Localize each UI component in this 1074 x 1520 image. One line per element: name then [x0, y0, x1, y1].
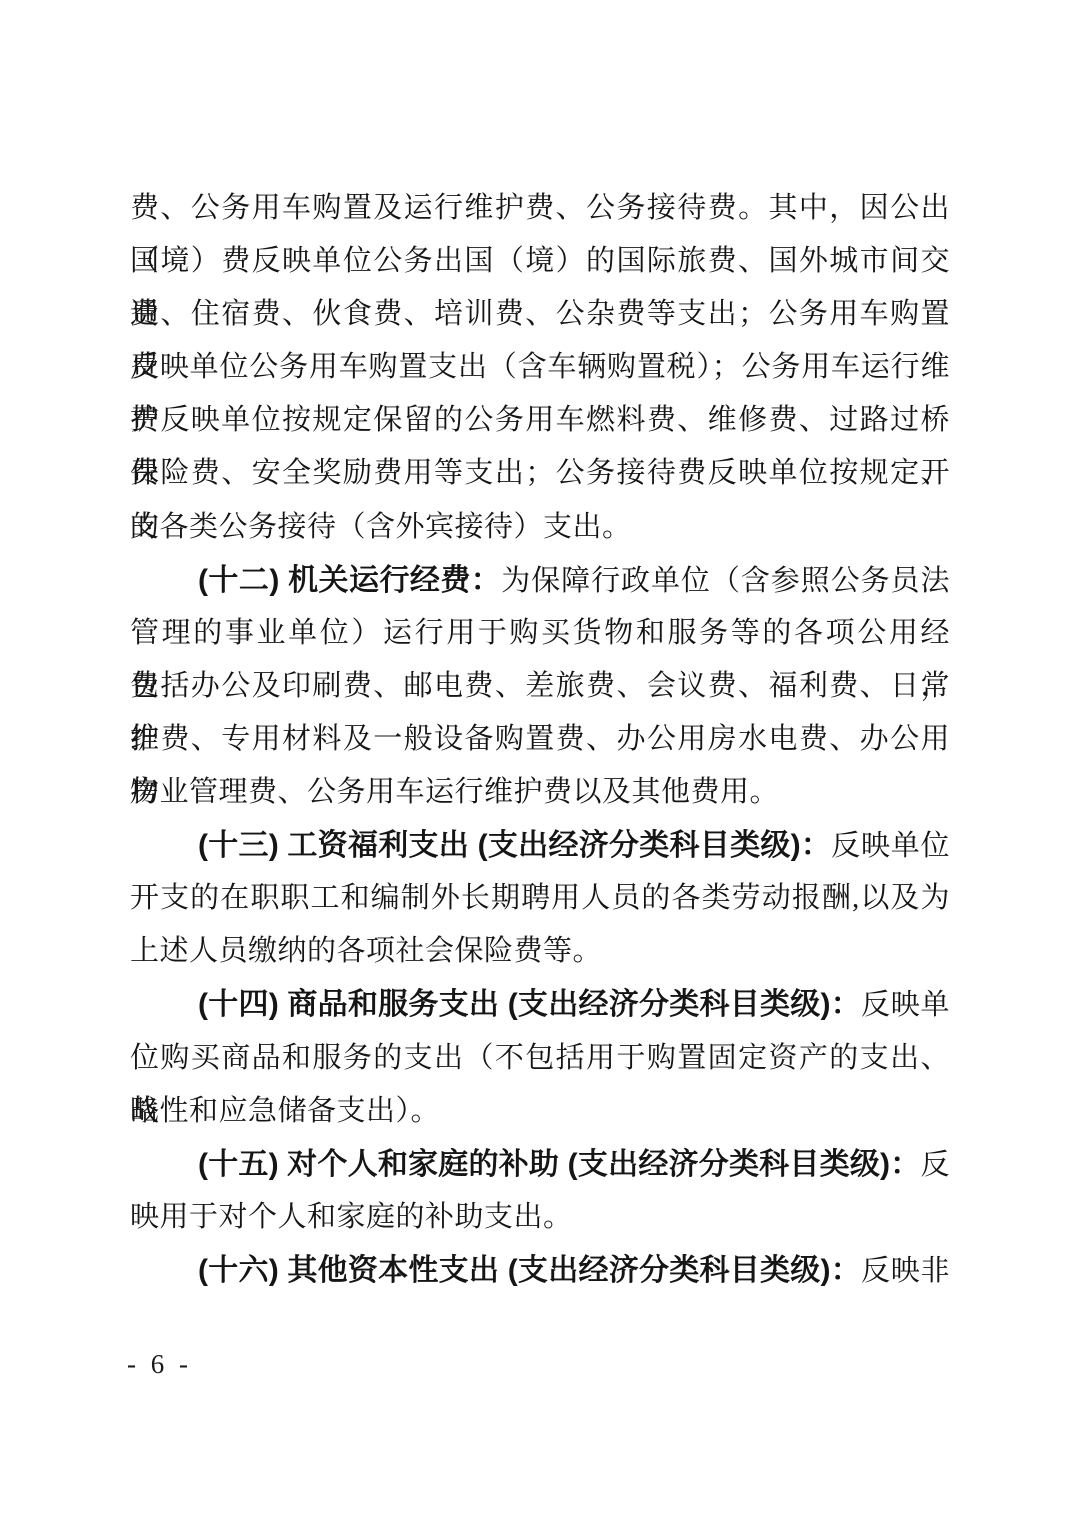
line-text: 为保障行政单位（含参照公务员法 [501, 565, 950, 597]
text-line: 映用于对个人和家庭的补助支出。 [130, 1191, 950, 1244]
text-line: 反映单位公务用车购置支出（含车辆购置税）；公务用车运行维护 [130, 341, 950, 394]
text-line: 的各类公务接待（含外宾接待）支出。 [130, 501, 950, 554]
section-paragraph-line: (十六) 其他资本性支出 (支出经济分类科目类级)：反映非 [130, 1244, 950, 1297]
text-line: 位购买商品和服务的支出（不包括用于购置固定资产的支出、战 [130, 1032, 950, 1085]
line-text: 反 [920, 1149, 950, 1181]
line-text: 映用于对个人和家庭的补助支出。 [130, 1201, 573, 1233]
text-line: 上述人员缴纳的各项社会保险费等。 [130, 925, 950, 978]
text-line: 略性和应急储备支出）。 [130, 1085, 950, 1138]
line-text: 反映单位 [831, 830, 950, 862]
section-paragraph-line: (十五) 对个人和家庭的补助 (支出经济分类科目类级)：反 [130, 1138, 950, 1191]
section-paragraph-line: (十三) 工资福利支出 (支出经济分类科目类级)：反映单位 [130, 819, 950, 872]
document-page: 费、公务用车购置及运行维护费、公务接待费。其中，因公出国（境）费反映单位公务出国… [0, 0, 1074, 1520]
text-line: 包括办公及印刷费、邮电费、差旅费、会议费、福利费、日常维 [130, 660, 950, 713]
text-line: 保险费、安全奖励费用等支出；公务接待费反映单位按规定开支 [130, 447, 950, 500]
section-heading: (十二) 机关运行经费： [198, 564, 501, 597]
line-text: 略性和应急储备支出）。 [130, 1095, 440, 1127]
text-line: 物业管理费、公务用车运行维护费以及其他费用。 [130, 766, 950, 819]
text-line: 费、住宿费、伙食费、培训费、公杂费等支出；公务用车购置费 [130, 288, 950, 341]
text-line: 费反映单位按规定保留的公务用车燃料费、维修费、过路过桥费、 [130, 394, 950, 447]
line-text: 反映非 [861, 1255, 950, 1287]
line-text: 物业管理费、公务用车运行维护费以及其他费用。 [130, 776, 779, 808]
document-body: 费、公务用车购置及运行维护费、公务接待费。其中，因公出国（境）费反映单位公务出国… [130, 182, 950, 1297]
section-heading: (十五) 对个人和家庭的补助 (支出经济分类科目类级)： [198, 1148, 920, 1181]
text-line: 护费、专用材料及一般设备购置费、办公用房水电费、办公用房 [130, 713, 950, 766]
text-line: （境）费反映单位公务出国（境）的国际旅费、国外城市间交通 [130, 235, 950, 288]
text-line: 费、公务用车购置及运行维护费、公务接待费。其中，因公出国 [130, 182, 950, 235]
line-text: 反映单 [861, 989, 950, 1021]
section-heading: (十六) 其他资本性支出 (支出经济分类科目类级)： [198, 1254, 861, 1287]
section-paragraph-line: (十四) 商品和服务支出 (支出经济分类科目类级)：反映单 [130, 978, 950, 1031]
line-text: 开支的在职职工和编制外长期聘用人员的各类劳动报酬,以及为 [130, 882, 950, 914]
line-text: 的各类公务接待（含外宾接待）支出。 [130, 511, 632, 543]
page-number: - 6 - [127, 1349, 192, 1380]
section-heading: (十四) 商品和服务支出 (支出经济分类科目类级)： [198, 988, 861, 1021]
section-paragraph-line: (十二) 机关运行经费：为保障行政单位（含参照公务员法 [130, 554, 950, 607]
text-line: 管理的事业单位）运行用于购买货物和服务等的各项公用经费， [130, 607, 950, 660]
section-heading: (十三) 工资福利支出 (支出经济分类科目类级)： [198, 829, 831, 862]
line-text: 上述人员缴纳的各项社会保险费等。 [130, 935, 602, 967]
text-line: 开支的在职职工和编制外长期聘用人员的各类劳动报酬,以及为 [130, 872, 950, 925]
